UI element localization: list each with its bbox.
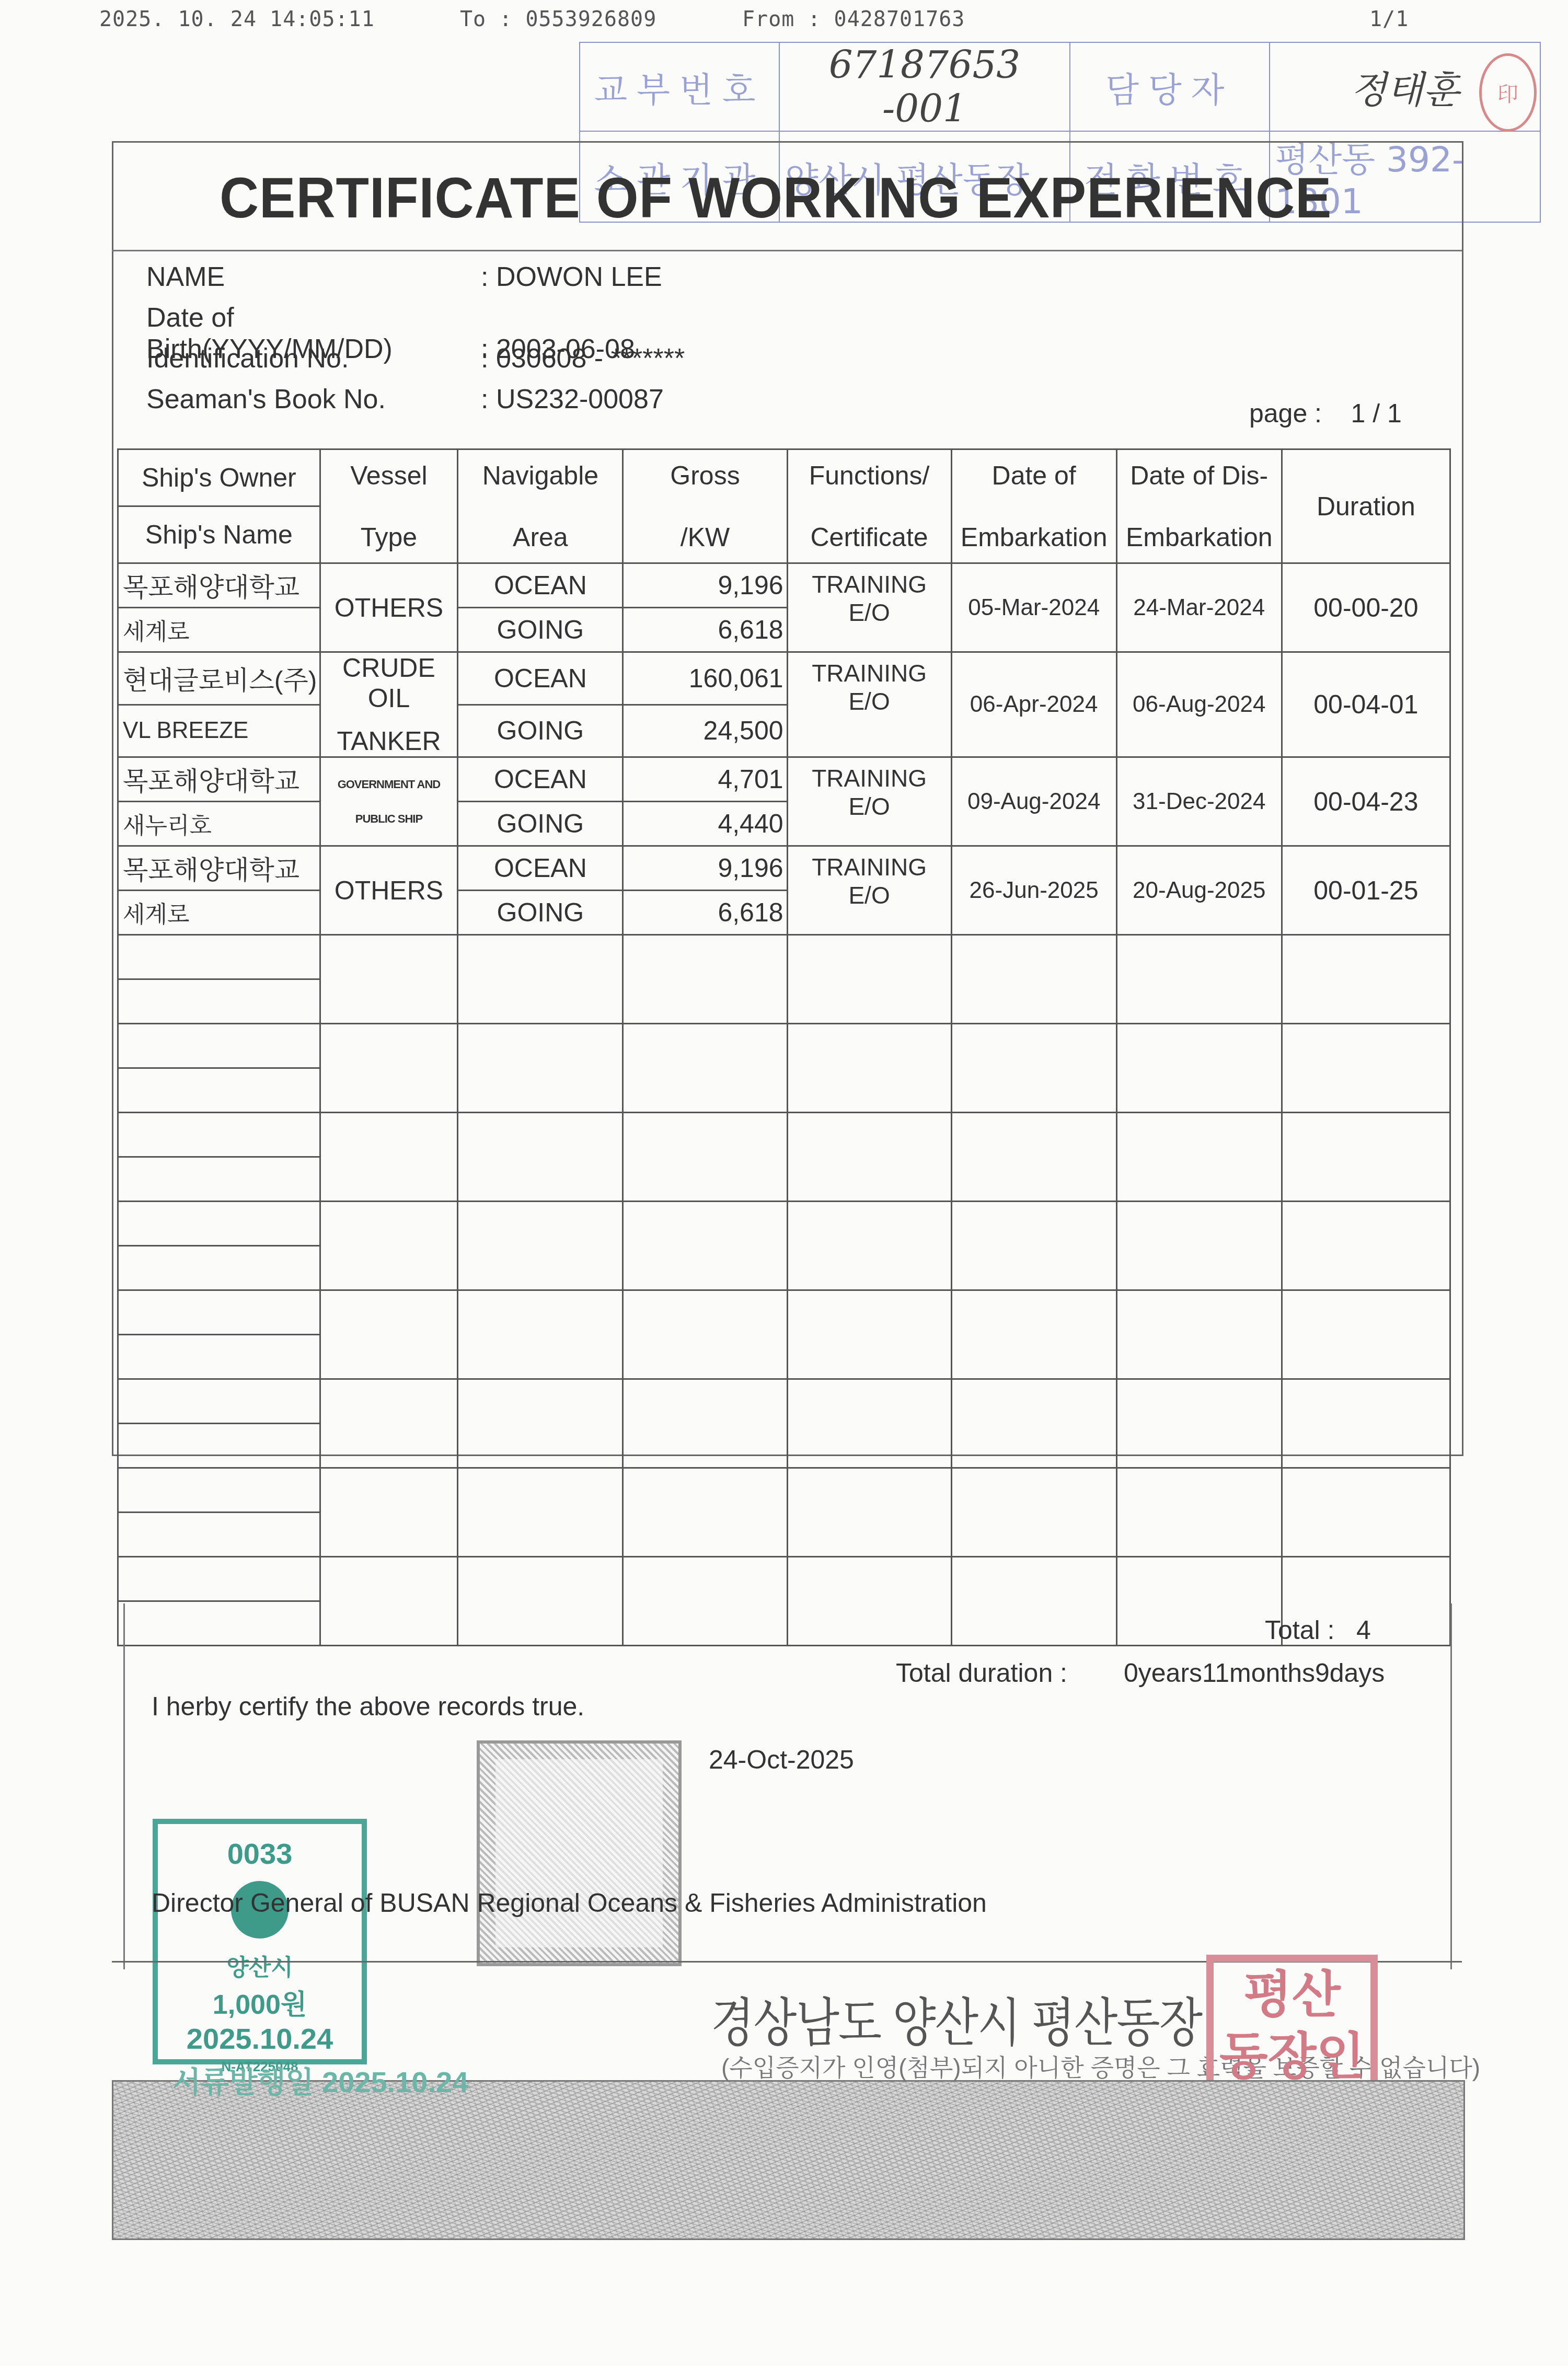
gross-tonnage: 9,196 (623, 563, 787, 608)
info-name: NAME: DOWON LEE (146, 261, 662, 293)
document-title: CERTIFICATE OF WORKING EXPERIENCE (220, 166, 1332, 231)
ship-name: 세계로 (118, 608, 320, 652)
total-duration-label: Total duration : (896, 1658, 1067, 1688)
navigable-area: OCEAN (458, 563, 623, 608)
col-ship-name: Ship's Name (118, 506, 320, 563)
duration: 00-04-23 (1282, 757, 1450, 846)
function: TRAINING E/O (787, 563, 951, 652)
receipt-label-issue-no: 교부번호 (580, 42, 779, 131)
col-vessel-type: VesselType (320, 449, 458, 563)
col-gross-kw: Gross/KW (623, 449, 787, 563)
disembark-date: 31-Dec-2024 (1116, 757, 1282, 846)
issuer-line: Director General of BUSAN Regional Ocean… (152, 1888, 987, 1918)
gross-tonnage: 160,061 (623, 652, 787, 705)
page-indicator: page : 1 / 1 (1249, 398, 1402, 429)
navigable-area-2: GOING (458, 608, 623, 652)
navigable-area: OCEAN (458, 846, 623, 891)
fax-to: To : 0553926809 (460, 7, 656, 31)
fax-page: 1/1 (1369, 7, 1409, 31)
gross-tonnage: 9,196 (623, 846, 787, 891)
empty-row (118, 1113, 1450, 1157)
embark-date: 09-Aug-2024 (951, 757, 1116, 846)
empty-row (118, 1024, 1450, 1068)
issue-date-stamp: 서류발행일 2025.10.24 (172, 2059, 468, 2101)
info-seamans-book: Seaman's Book No.: US232-00087 (146, 384, 664, 415)
ship-name: 새누리호 (118, 802, 320, 846)
navigable-area-2: GOING (458, 891, 623, 935)
ship-owner: 목포해양대학교 (118, 846, 320, 891)
navigable-area-2: GOING (458, 802, 623, 846)
engine-kw: 4,440 (623, 802, 787, 846)
ship-name: VL BREEZE (118, 705, 320, 757)
revenue-stamp: 0033 양산시 1,000원 2025.10.24 N-AT225048 (153, 1819, 367, 2064)
embark-date: 05-Mar-2024 (951, 563, 1116, 652)
col-navigable-area: NavigableArea (458, 449, 623, 563)
header-row: Ship's Owner VesselType NavigableArea Gr… (118, 449, 1450, 506)
duration: 00-00-20 (1282, 563, 1450, 652)
ship-owner: 목포해양대학교 (118, 757, 320, 802)
table-row: 현대글로비스(주)CRUDE OILTANKEROCEAN160,061TRAI… (118, 652, 1450, 705)
empty-row (118, 1202, 1450, 1246)
table-row: 목포해양대학교OTHERSOCEAN9,196TRAINING E/O05-Ma… (118, 563, 1450, 608)
table-row: 목포해양대학교GOVERNMENT ANDPUBLIC SHIPOCEAN4,7… (118, 757, 1450, 802)
vessel-type: OTHERS (320, 563, 458, 652)
vessel-type: OTHERS (320, 846, 458, 935)
col-embarkation: Date ofEmbarkation (951, 449, 1116, 563)
receipt-label-officer: 담당자 (1070, 42, 1270, 131)
disembark-date: 24-Mar-2024 (1116, 563, 1282, 652)
security-pattern (112, 2080, 1465, 2240)
gross-tonnage: 4,701 (623, 757, 787, 802)
fax-timestamp: 2025. 10. 24 14:05:11 (99, 7, 375, 31)
qr-code-icon (477, 1740, 682, 1966)
embark-date: 06-Apr-2024 (951, 652, 1116, 757)
disembark-date: 20-Aug-2025 (1116, 846, 1282, 935)
empty-row (118, 935, 1450, 979)
issue-date: 24-Oct-2025 (709, 1745, 854, 1775)
navigable-area: OCEAN (458, 652, 623, 705)
experience-table: Ship's Owner VesselType NavigableArea Gr… (117, 448, 1451, 1646)
title-divider (112, 250, 1462, 251)
engine-kw: 24,500 (623, 705, 787, 757)
fax-from: From : 0428701763 (742, 7, 965, 31)
ship-owner: 목포해양대학교 (118, 563, 320, 608)
navigable-area-2: GOING (458, 705, 623, 757)
total-duration-value: 0years11months9days (1124, 1658, 1385, 1688)
empty-row (118, 1379, 1450, 1424)
ship-owner: 현대글로비스(주) (118, 652, 320, 705)
receipt-issue-no: 67187653 -001 (779, 42, 1070, 131)
disembark-date: 06-Aug-2024 (1116, 652, 1282, 757)
col-disembarkation: Date of Dis-Embarkation (1116, 449, 1282, 563)
certify-statement: I herby certify the above records true. (152, 1691, 584, 1722)
col-duration: Duration (1282, 449, 1450, 563)
vessel-type: CRUDE OILTANKER (320, 652, 458, 757)
col-function: Functions/Certificate (787, 449, 951, 563)
total-count: Total : 4 (1265, 1615, 1371, 1645)
vessel-type: GOVERNMENT ANDPUBLIC SHIP (320, 757, 458, 846)
info-id: Identification No.: 030608 - ******* (146, 343, 685, 374)
navigable-area: OCEAN (458, 757, 623, 802)
office-name: 경상남도 양산시 평산동장 (711, 1981, 1202, 2056)
empty-row (118, 1468, 1450, 1513)
ship-name: 세계로 (118, 891, 320, 935)
col-owner: Ship's Owner (118, 449, 320, 506)
table-row: 목포해양대학교OTHERSOCEAN9,196TRAINING E/O26-Ju… (118, 846, 1450, 891)
function: TRAINING E/O (787, 652, 951, 757)
engine-kw: 6,618 (623, 891, 787, 935)
duration: 00-01-25 (1282, 846, 1450, 935)
engine-kw: 6,618 (623, 608, 787, 652)
embark-date: 26-Jun-2025 (951, 846, 1116, 935)
function: TRAINING E/O (787, 846, 951, 935)
officer-seal-icon: 印 (1479, 53, 1537, 132)
duration: 00-04-01 (1282, 652, 1450, 757)
empty-row (118, 1557, 1450, 1601)
empty-row (118, 1290, 1450, 1335)
function: TRAINING E/O (787, 757, 951, 846)
